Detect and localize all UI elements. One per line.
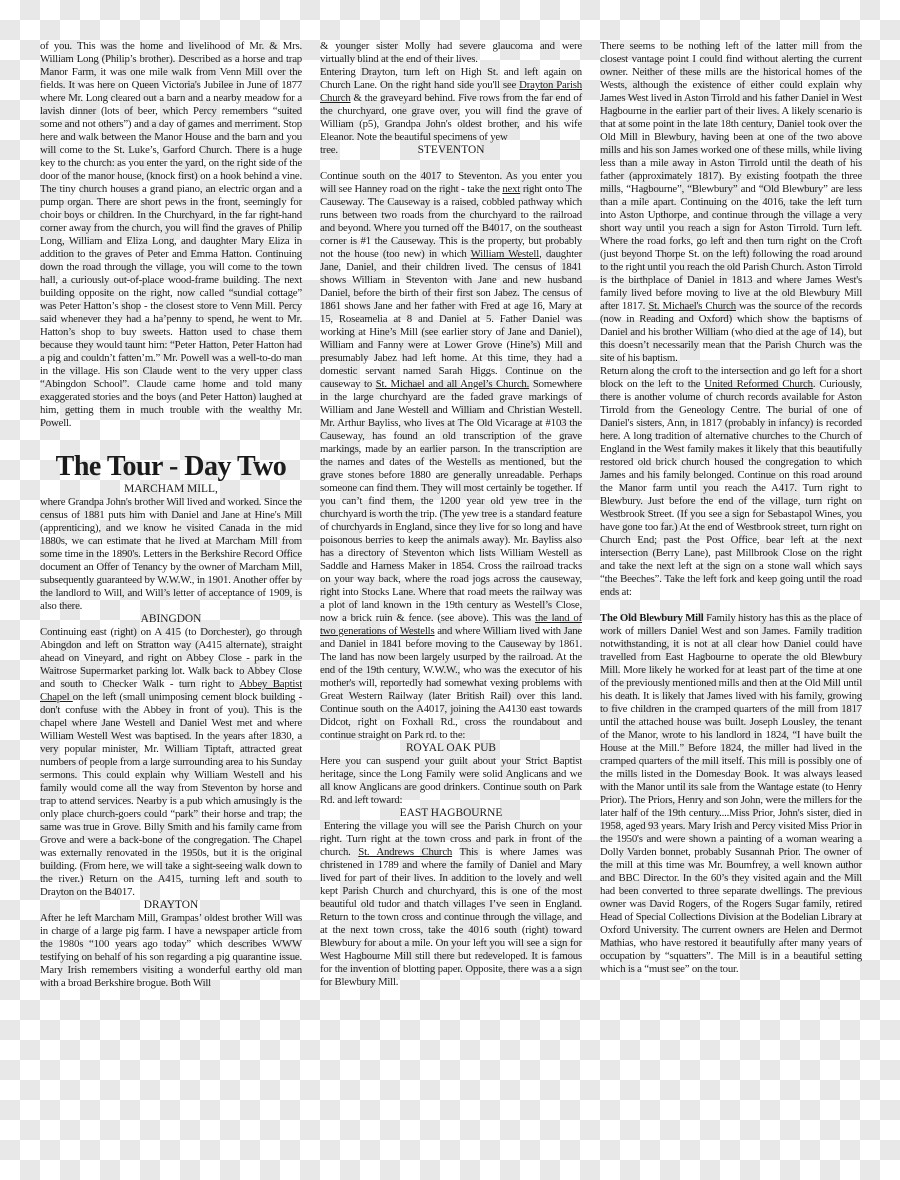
- section-heading: MARCHAM MILL,: [40, 483, 302, 496]
- text-run: where Grandpa John's brother Will lived …: [40, 496, 302, 612]
- paragraph: of you. This was the home and livelihood…: [40, 40, 302, 430]
- text-run: Here you can suspend your guilt about yo…: [320, 755, 582, 806]
- underlined-text: United Reformed Church: [704, 378, 812, 390]
- section-heading: STEVENTON: [418, 144, 485, 157]
- text-run: There seems to be nothing left of the la…: [600, 40, 862, 312]
- line-with-centered-heading: tree.STEVENTON: [320, 144, 582, 157]
- text-column-1: of you. This was the home and livelihood…: [40, 40, 302, 990]
- text-run: of you. This was the home and livelihood…: [40, 40, 302, 429]
- document-page: of you. This was the home and livelihood…: [0, 0, 900, 1180]
- paragraph: Here you can suspend your guilt about yo…: [320, 755, 582, 807]
- underlined-text: St. Michael and all Angel’s Church.: [376, 378, 529, 390]
- text-run: Family history has this as the place of …: [600, 612, 862, 975]
- section-heading: DRAYTON: [40, 899, 302, 912]
- section-heading: ROYAL OAK PUB: [320, 742, 582, 755]
- paragraph: The Old Blewbury Mill Family history has…: [600, 612, 862, 976]
- section-heading: EAST HAGBOURNE: [320, 807, 582, 820]
- text-column-2: & younger sister Molly had severe glauco…: [320, 40, 582, 990]
- page-title: The Tour - Day Two: [40, 452, 302, 482]
- paragraph: where Grandpa John's brother Will lived …: [40, 496, 302, 613]
- paragraph: Continuing east (right) on A 415 (to Dor…: [40, 626, 302, 899]
- text-run: on the left (small unimposing cement blo…: [40, 691, 302, 898]
- section-heading: ABINGDON: [40, 613, 302, 626]
- paragraph: & younger sister Molly had severe glauco…: [320, 40, 582, 66]
- underlined-text: St. Michael's Church: [648, 300, 736, 312]
- paragraph: Entering the village you will see the Pa…: [320, 820, 582, 989]
- text-run: . Curiously, there is another volume of …: [600, 378, 862, 598]
- text-run: & the graveyard behind. Five rows from t…: [320, 92, 582, 143]
- underlined-text: next: [502, 183, 520, 195]
- spacer: [320, 157, 582, 170]
- document-background: { "page": { "background": { "checker_lig…: [0, 0, 900, 1180]
- paragraph: After he left Marcham Mill, Grampas’ old…: [40, 912, 302, 990]
- spacer: [40, 430, 302, 450]
- paragraph: Entering Drayton, turn left on High St. …: [320, 66, 582, 144]
- paragraph: Return along the croft to the intersecti…: [600, 365, 862, 599]
- text-run: This is where James was christened in 17…: [320, 846, 582, 988]
- underlined-text: William Westell: [471, 248, 539, 260]
- spacer: [600, 599, 862, 612]
- text-run: & younger sister Molly had severe glauco…: [320, 40, 582, 65]
- text-run: Somewhere in the large churchyard are th…: [320, 378, 582, 624]
- text-run: After he left Marcham Mill, Grampas’ old…: [40, 912, 302, 989]
- paragraph-end-word: tree.: [320, 144, 338, 157]
- text-run: , daughter Jane, Daniel, and their child…: [320, 248, 582, 390]
- underlined-text: St. Andrews Church: [358, 846, 452, 858]
- bold-lead-text: The Old Blewbury Mill: [600, 612, 704, 624]
- columns-container: of you. This was the home and livelihood…: [40, 40, 864, 990]
- paragraph: There seems to be nothing left of the la…: [600, 40, 862, 365]
- text-run: and where William lived with Jane and Da…: [320, 625, 582, 741]
- paragraph: Continue south on the 4017 to Steventon.…: [320, 170, 582, 742]
- text-column-3: There seems to be nothing left of the la…: [600, 40, 862, 990]
